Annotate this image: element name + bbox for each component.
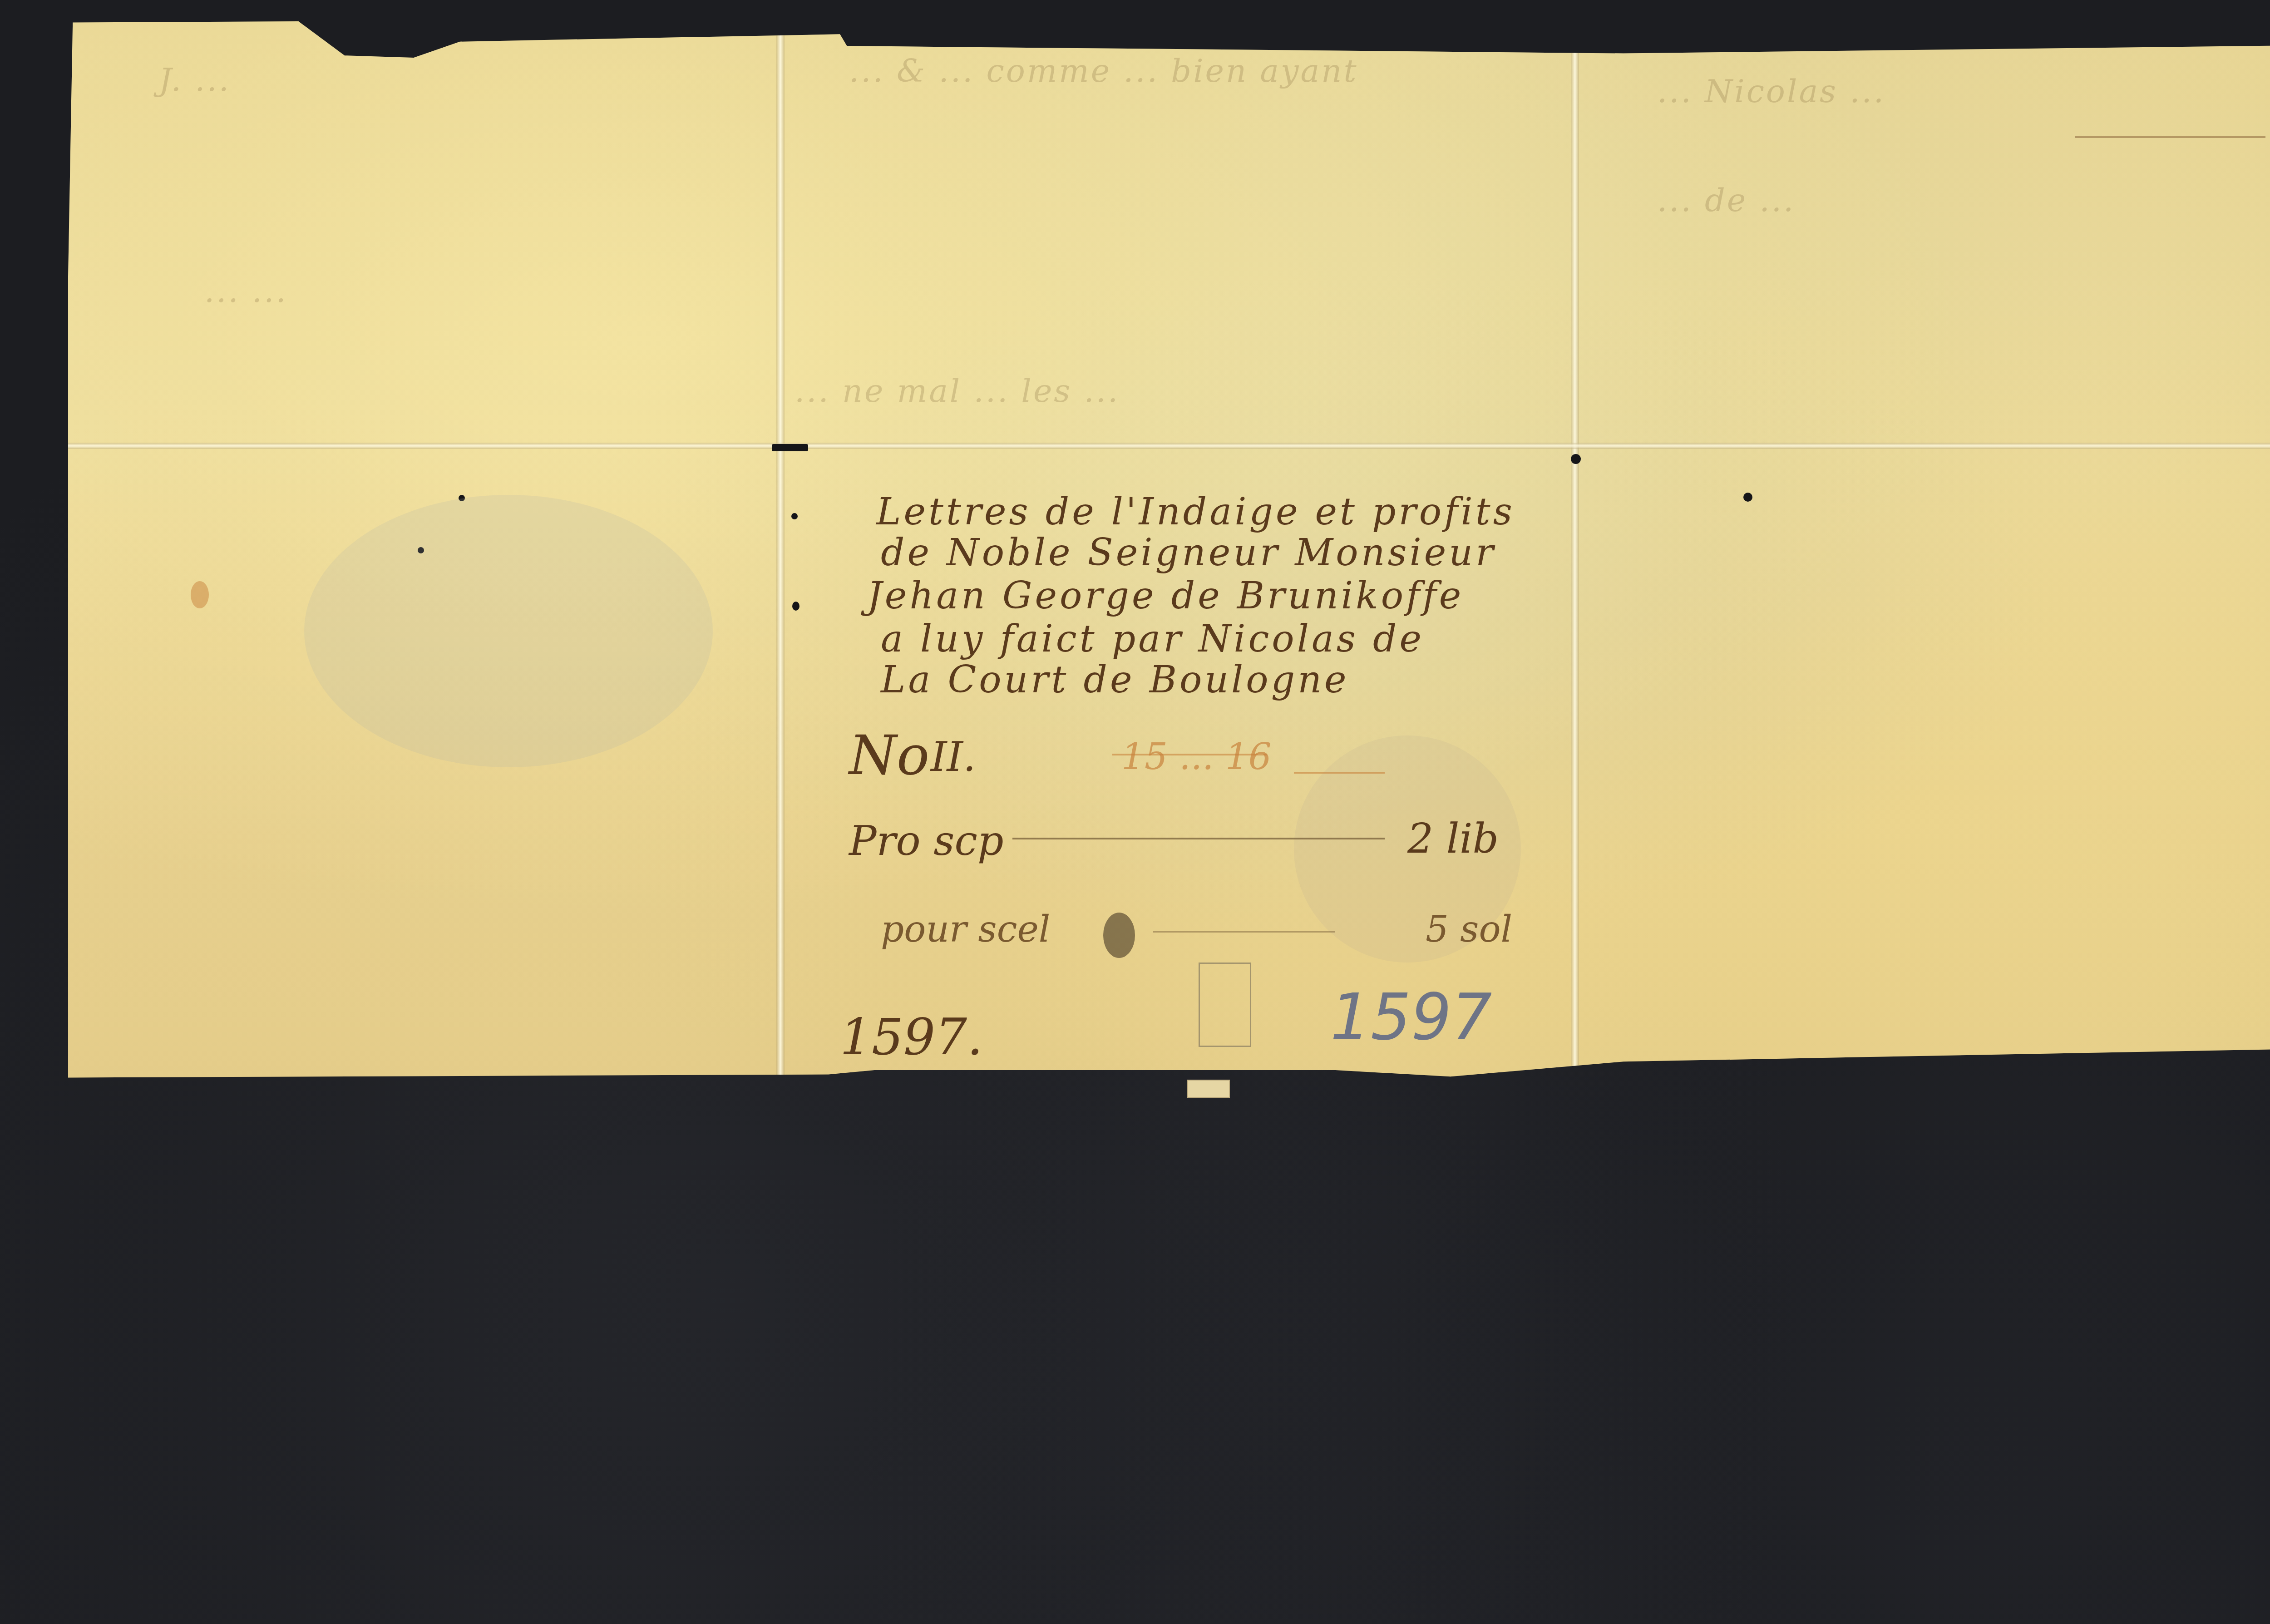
endorsement-line-5: La Court de Boulogne bbox=[881, 658, 1349, 701]
year-ink: 1597. bbox=[840, 1008, 983, 1066]
parchment-sheet: J. ... ... ... ... & ... comme ... bien … bbox=[68, 18, 2270, 1085]
parchment-tab bbox=[1187, 1080, 1230, 1098]
leader-line bbox=[1153, 931, 1335, 933]
strike-line bbox=[1112, 754, 1267, 755]
stain bbox=[191, 581, 209, 608]
pencil-box bbox=[1199, 963, 1251, 1047]
endorsement-line-1: Lettres de l'Indaige et profits bbox=[876, 490, 1515, 533]
endorsement-line-3: Jehan George de Brunikoffe bbox=[867, 574, 1464, 617]
faded-text: J. ... bbox=[159, 61, 231, 99]
faded-text: ... de ... bbox=[1657, 182, 1795, 219]
price-value: 2 lib bbox=[1407, 815, 1499, 863]
faded-text: ... ... bbox=[204, 272, 288, 310]
struck-through-note: 15 ... 16 bbox=[1121, 735, 1272, 778]
faded-text: ... ne mal ... les ... bbox=[794, 372, 1120, 410]
faded-stroke bbox=[2075, 136, 2265, 138]
vertical-fold-left bbox=[776, 18, 785, 1085]
faded-text: ... & ... comme ... bien ayant bbox=[849, 52, 1358, 89]
endorsement-line-4: a luy faict par Nicolas de bbox=[881, 617, 1424, 661]
number-value: II. bbox=[931, 733, 976, 781]
hole bbox=[1571, 454, 1581, 464]
endorsement-line-2: de Noble Seigneur Monsieur bbox=[881, 531, 1496, 574]
ink-blot bbox=[1103, 913, 1135, 958]
stain bbox=[304, 495, 713, 767]
hole bbox=[1743, 493, 1752, 502]
fee-label: pour scel bbox=[881, 908, 1050, 950]
vertical-fold-right bbox=[1571, 18, 1579, 1085]
horizontal-fold bbox=[68, 443, 2270, 449]
strike-line bbox=[1294, 772, 1385, 774]
hole bbox=[791, 513, 798, 519]
hole bbox=[792, 602, 799, 611]
year-pencil: 1597 bbox=[1330, 981, 1492, 1055]
price-label: Pro scp bbox=[849, 817, 1004, 865]
hole bbox=[772, 444, 808, 451]
number-label: No bbox=[849, 724, 929, 787]
fee-value: 5 sol bbox=[1426, 908, 1512, 950]
leader-line bbox=[1012, 838, 1385, 839]
faded-text: ... Nicolas ... bbox=[1657, 73, 1885, 110]
